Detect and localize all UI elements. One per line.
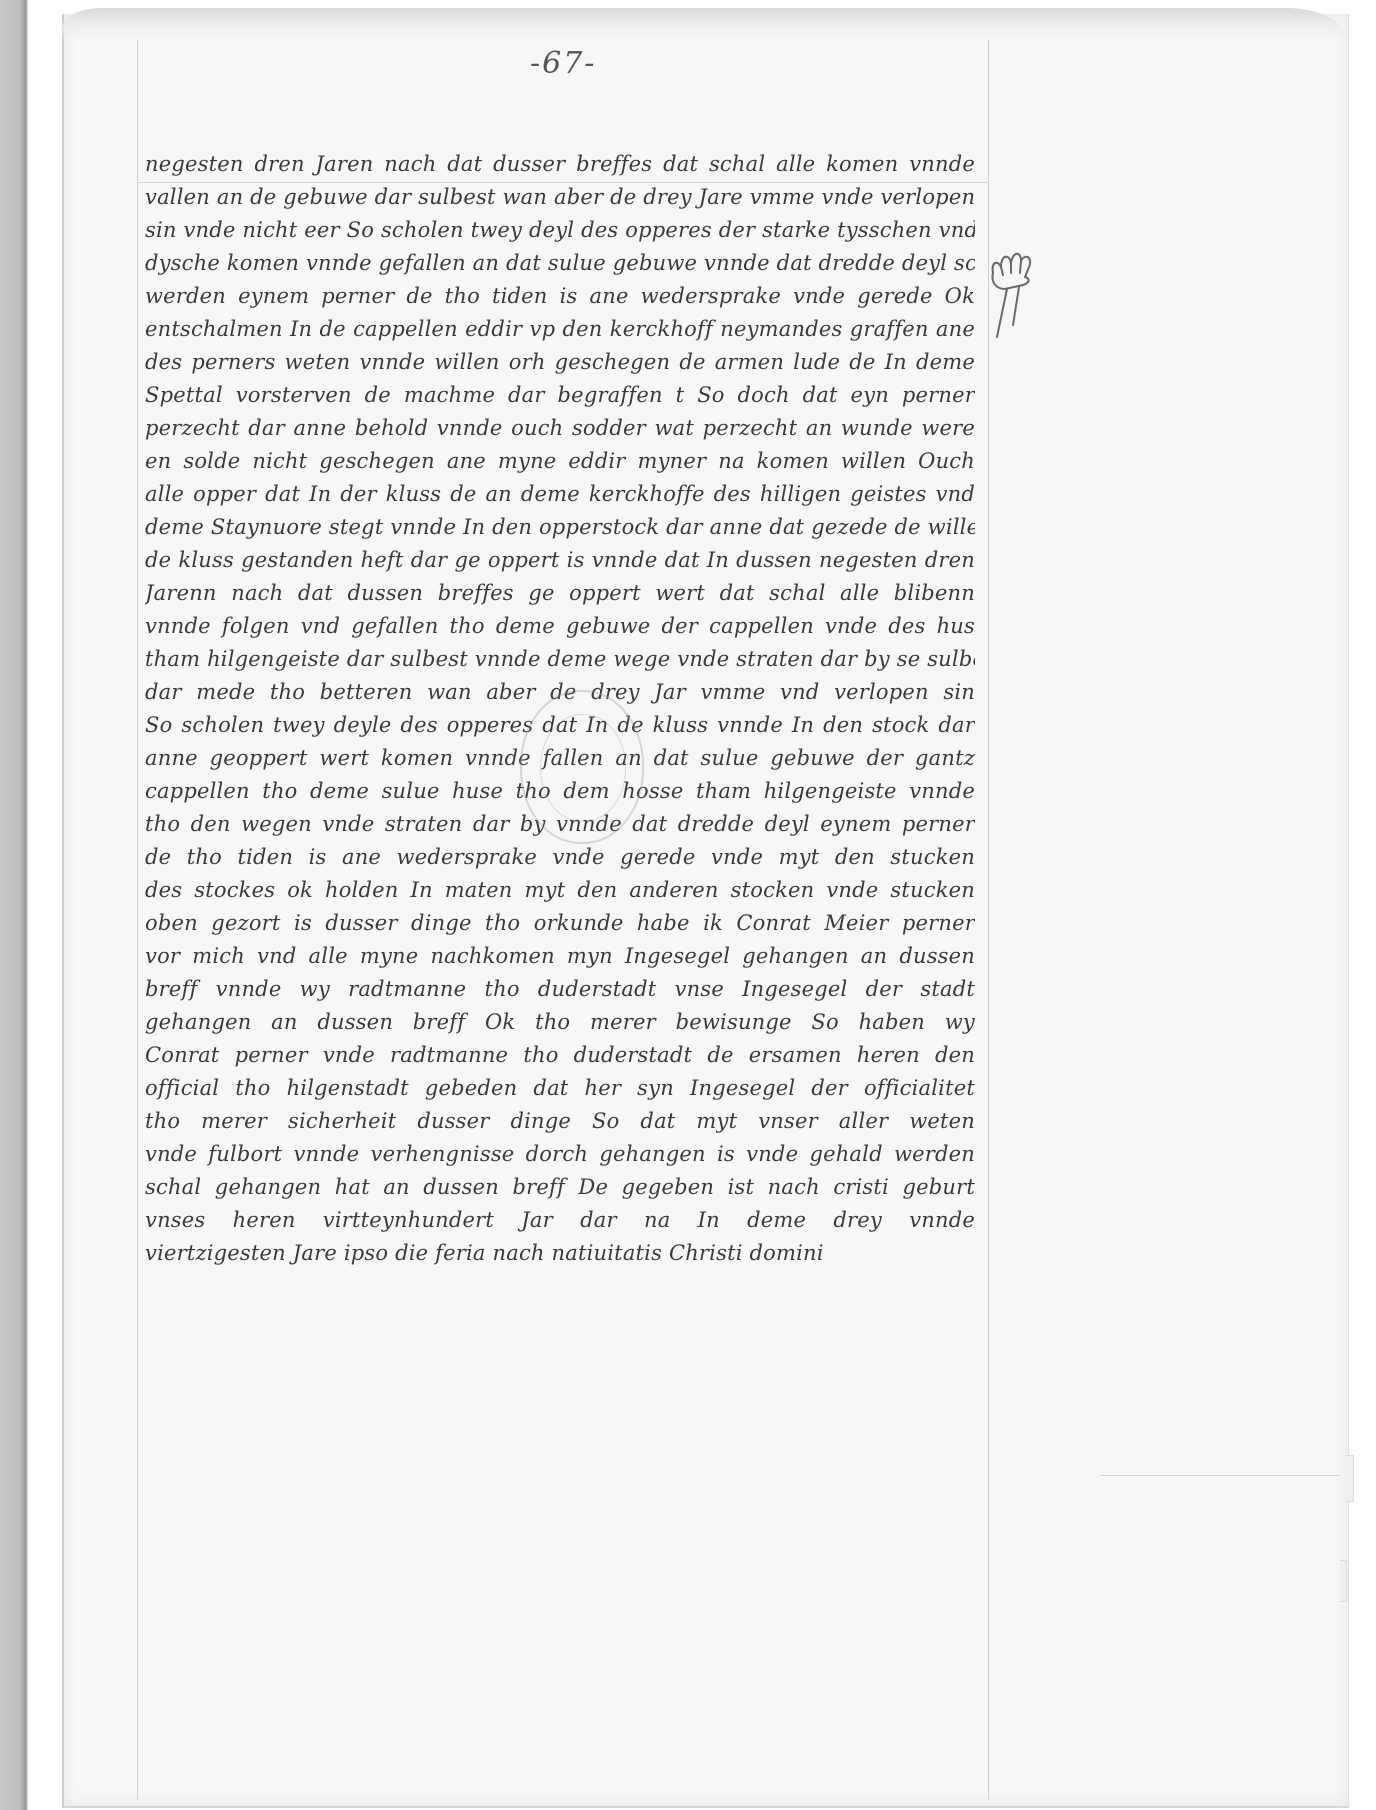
text-line: negesten dren Jaren nach dat dusser bref… — [145, 148, 975, 181]
text-line: en solde nicht geschegen ane myne eddir … — [145, 445, 975, 478]
text-line: gehangen an dussen breff Ok tho merer be… — [145, 1006, 975, 1039]
text-line: des perners weten vnnde willen orh gesch… — [145, 346, 975, 379]
manicule-pointing-hand-icon — [985, 245, 1045, 340]
text-line: entschalmen In de cappellen eddir vp den… — [145, 313, 975, 346]
page-edge-tear — [1340, 1560, 1347, 1602]
text-line: Conrat perner vnde radtmanne tho duderst… — [145, 1039, 975, 1072]
text-line: schal gehangen hat an dussen breff De ge… — [145, 1171, 975, 1204]
scanner-background-strip — [0, 0, 28, 1810]
left-ruling-line — [137, 40, 138, 1800]
text-line: Jarenn nach dat dussen breffes ge oppert… — [145, 577, 975, 610]
text-line: vnnde folgen vnd gefallen tho deme gebuw… — [145, 610, 975, 643]
text-line: vallen an de gebuwe dar sulbest wan aber… — [145, 181, 975, 214]
text-line: perzecht dar anne behold vnnde ouch sodd… — [145, 412, 975, 445]
text-line: viertzigesten Jare ipso die feria nach n… — [145, 1237, 975, 1270]
text-line: vnde fulbort vnnde verhengnisse dorch ge… — [145, 1138, 975, 1171]
text-line: official tho hilgenstadt gebeden dat her… — [145, 1072, 975, 1105]
folio-number: -67- — [530, 46, 596, 81]
library-stamp — [520, 690, 644, 844]
text-line: tham hilgengeiste dar sulbest vnnde deme… — [145, 643, 975, 676]
text-line: dysche komen vnnde gefallen an dat sulue… — [145, 247, 975, 280]
page-edge-tear — [1345, 1455, 1354, 1502]
text-line: alle opper dat In der kluss de an deme k… — [145, 478, 975, 511]
text-line: vnses heren virtteynhundert Jar dar na I… — [145, 1204, 975, 1237]
text-line: vor mich vnd alle myne nachkomen myn Ing… — [145, 940, 975, 973]
text-line: de kluss gestanden heft dar ge oppert is… — [145, 544, 975, 577]
text-line: werden eynem perner de tho tiden is ane … — [145, 280, 975, 313]
text-line: sin vnde nicht eer So scholen twey deyl … — [145, 214, 975, 247]
text-line: Spettal vorsterven de machme dar begraff… — [145, 379, 975, 412]
text-line: oben gezort is dusser dinge tho orkunde … — [145, 907, 975, 940]
library-stamp-inner-ring — [540, 714, 626, 822]
text-line: deme Staynuore stegt vnnde In den oppers… — [145, 511, 975, 544]
text-line: breff vnnde wy radtmanne tho duderstadt … — [145, 973, 975, 1006]
crease-line — [1100, 1475, 1340, 1476]
text-line: tho merer sicherheit dusser dinge So dat… — [145, 1105, 975, 1138]
page-top-edge — [62, 8, 1346, 38]
text-line: des stockes ok holden In maten myt den a… — [145, 874, 975, 907]
text-line: de tho tiden is ane wedersprake vnde ger… — [145, 841, 975, 874]
